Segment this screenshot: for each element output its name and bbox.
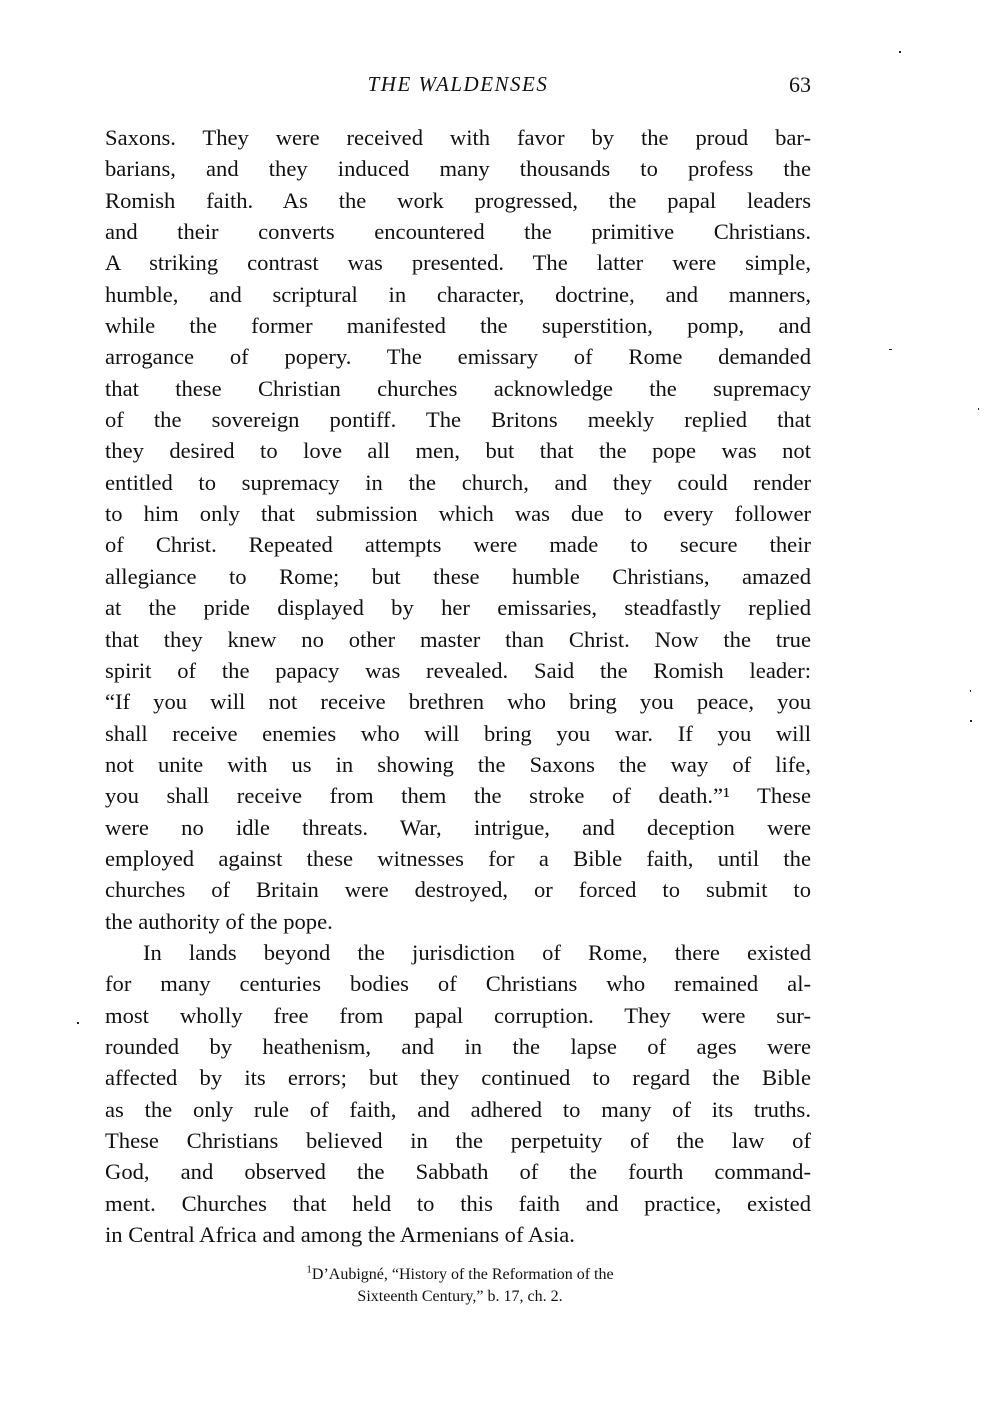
text-line: spirit of the papacy was revealed. Said … [105, 655, 811, 686]
text-line: were no idle threats. War, intrigue, and… [105, 812, 811, 843]
text-line: that these Christian churches acknowledg… [105, 373, 811, 404]
text-line: Romish faith. As the work progressed, th… [105, 185, 811, 216]
text-line: while the former manifested the supersti… [105, 310, 811, 341]
running-title: THE WALDENSES [105, 72, 811, 97]
footnote-text-1: D’Aubigné, “History of the Reformation o… [312, 1266, 614, 1283]
text-line: God, and observed the Sabbath of the fou… [105, 1156, 811, 1187]
paragraph-2: In lands beyond the jurisdiction of Rome… [105, 937, 811, 1250]
text-line: Saxons. They were received with favor by… [105, 122, 811, 153]
text-line-with-footnote-ref: you shall receive from them the stroke o… [105, 780, 811, 811]
text-line: of the sovereign pontiff. The Britons me… [105, 404, 811, 435]
text-line: the authority of the pope. [105, 906, 811, 937]
text-line: These Christians believed in the perpetu… [105, 1125, 811, 1156]
text-line: affected by its errors; but they continu… [105, 1062, 811, 1093]
page-number: 63 [789, 72, 811, 98]
text-line: not unite with us in showing the Saxons … [105, 749, 811, 780]
text-line: of Christ. Repeated attempts were made t… [105, 529, 811, 560]
scan-speck [77, 1022, 79, 1024]
text-line: in Central Africa and among the Armenian… [105, 1219, 811, 1250]
text-line: barians, and they induced many thousands… [105, 153, 811, 184]
text-line: A striking contrast was presented. The l… [105, 247, 811, 278]
text-line: for many centuries bodies of Christians … [105, 968, 811, 999]
scan-speck [899, 51, 901, 53]
running-header: THE WALDENSES 63 [105, 72, 811, 102]
text-line: and their converts encountered the primi… [105, 216, 811, 247]
scan-speck [889, 349, 892, 350]
text-line: ment. Churches that held to this faith a… [105, 1188, 811, 1219]
text-line: In lands beyond the jurisdiction of Rome… [105, 937, 811, 968]
text-line: at the pride displayed by her emissaries… [105, 592, 811, 623]
text-line: “If you will not receive brethren who br… [105, 686, 811, 717]
text-line: allegiance to Rome; but these humble Chr… [105, 561, 811, 592]
body-text: Saxons. They were received with favor by… [105, 122, 811, 1250]
text-line: they desired to love all men, but that t… [105, 435, 811, 466]
footnote-line-1: 1D’Aubigné, “History of the Reformation … [200, 1264, 720, 1286]
text-line: as the only rule of faith, and adhered t… [105, 1094, 811, 1125]
text-line: arrogance of popery. The emissary of Rom… [105, 341, 811, 372]
book-page: THE WALDENSES 63 Saxons. They were recei… [0, 0, 1000, 1405]
text-line: that they knew no other master than Chri… [105, 624, 811, 655]
footnote: 1D’Aubigné, “History of the Reformation … [200, 1264, 720, 1308]
text-line: employed against these witnesses for a B… [105, 843, 811, 874]
text-line: to him only that submission which was du… [105, 498, 811, 529]
text-line: rounded by heathenism, and in the lapse … [105, 1031, 811, 1062]
text-line: humble, and scriptural in character, doc… [105, 279, 811, 310]
text-line: most wholly free from papal corruption. … [105, 1000, 811, 1031]
paragraph-1: Saxons. They were received with favor by… [105, 122, 811, 937]
scan-speck [970, 720, 972, 722]
scan-speck [978, 408, 979, 410]
scan-speck [970, 690, 971, 692]
text-line: churches of Britain were destroyed, or f… [105, 874, 811, 905]
footnote-line-2: Sixteenth Century,” b. 17, ch. 2. [200, 1286, 720, 1308]
text-line: entitled to supremacy in the church, and… [105, 467, 811, 498]
text-line: shall receive enemies who will bring you… [105, 718, 811, 749]
